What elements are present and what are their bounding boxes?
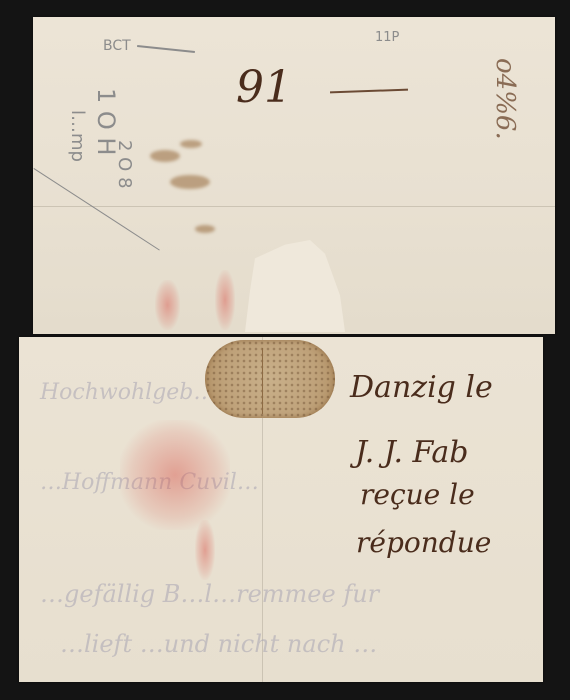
pencil-note-vertical-3: l…mp [67,110,88,162]
red-postmark-trace [215,270,235,330]
red-postmark-trace [195,520,215,580]
seal-crack [262,348,263,414]
ink-smudge [180,140,202,148]
wax-seal [205,340,335,418]
bleed-through-text: …lieft …und nicht nach … [60,630,377,658]
bleed-through-text: …gefällig B…l…remmee fur [40,580,379,608]
docket-line-4: répondue [356,526,491,559]
pencil-note-bct: BCT [103,38,131,54]
pencil-note-11p: 11P [375,30,399,45]
ink-smudge [170,175,210,189]
red-postmark [120,420,230,530]
ink-smudge [150,150,180,162]
fold-line [33,206,555,207]
docket-line-1: Danzig le [350,370,493,405]
vertical-docket-note: o4%6. [490,58,520,140]
docket-line-2: J. J. Fab [355,435,468,470]
pencil-note-vertical-2: 2 O 8 [114,140,135,189]
bleed-through-text: Hochwohlgeb… [40,380,215,405]
ink-smudge [195,225,215,233]
docket-line-3: reçue le [360,478,475,511]
rate-marking: 91 [236,62,292,113]
red-postmark-trace [155,280,180,330]
